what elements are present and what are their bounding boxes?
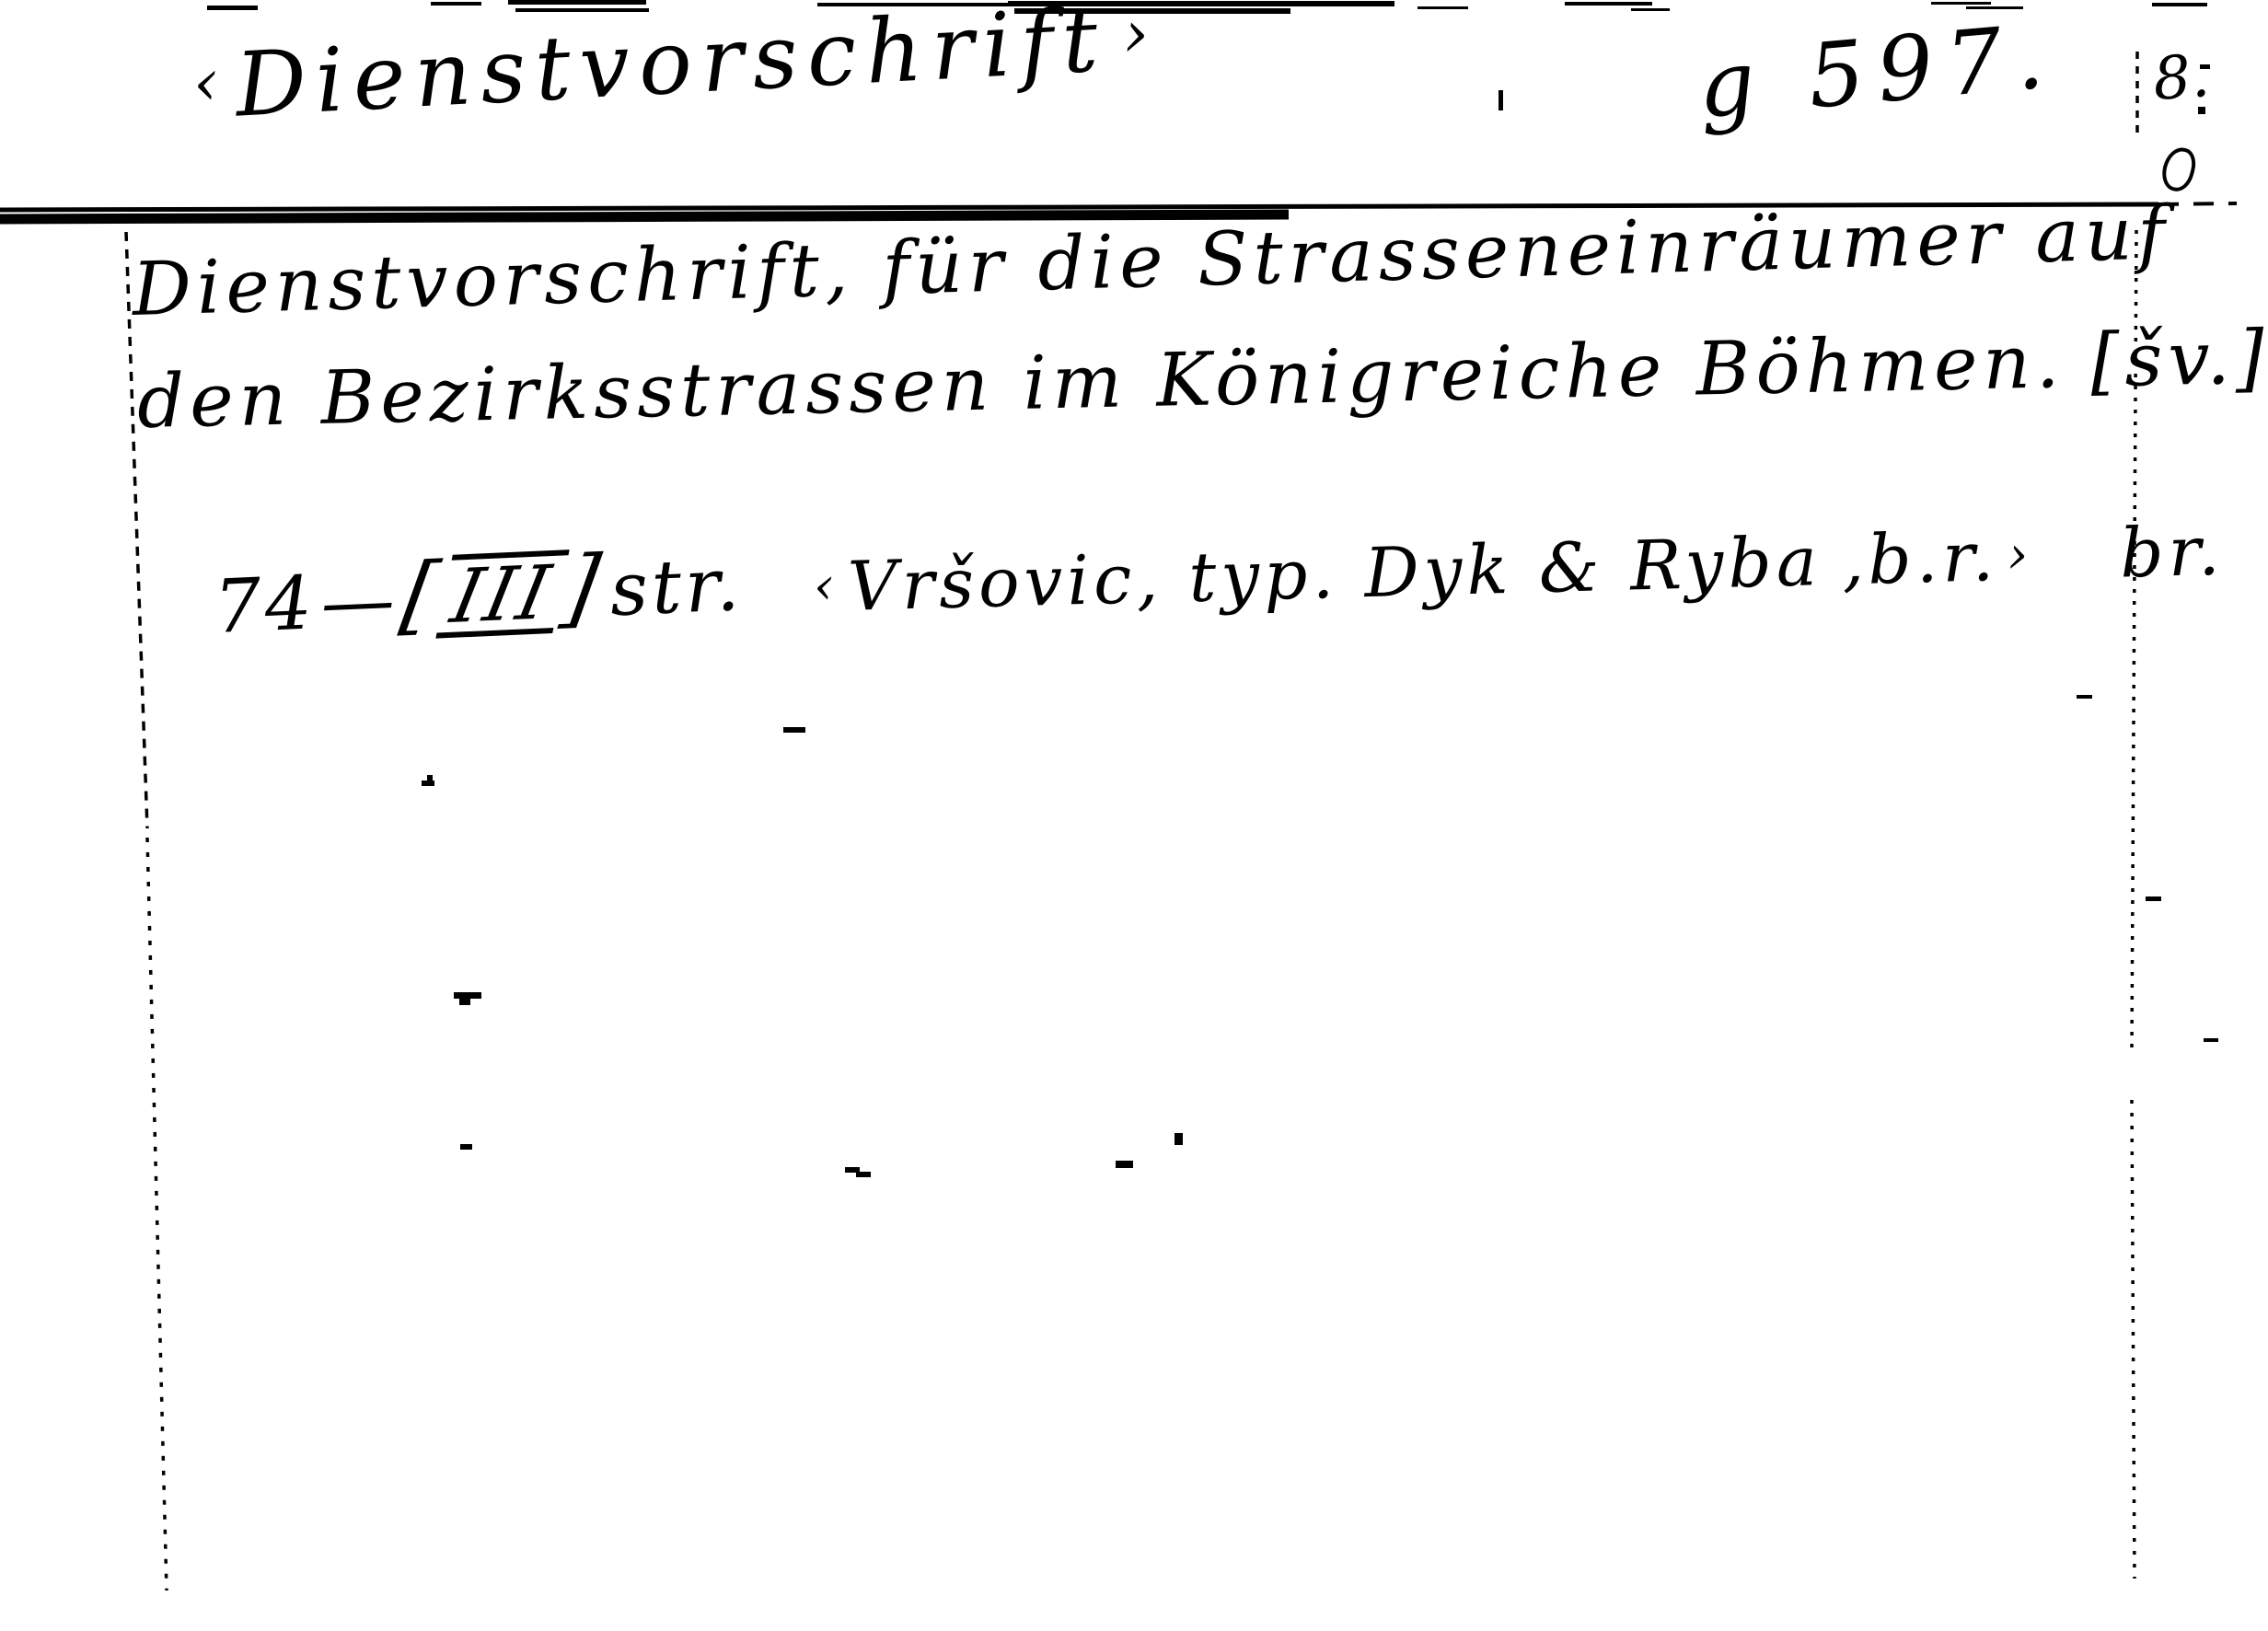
collation-dash: — (314, 556, 406, 645)
angle-close-mark: › (1105, 0, 1167, 73)
angle-open-mark: ‹ (804, 556, 849, 617)
catalog-card-scan: ‹Dienstvorschrift› g 597. 8. Dienstvorsc… (0, 0, 2268, 1631)
format-mark: 8. (2151, 42, 2212, 114)
collation-pages: 74 (213, 560, 318, 650)
right-edge-dotted-line (2132, 52, 2137, 1579)
imprint-date: ‚b.r. (1841, 517, 1999, 600)
language-note: [šv.] (2089, 314, 2268, 403)
volume-roman-numeral: III (435, 549, 569, 638)
collation-suffix: str. (608, 541, 745, 632)
angle-open-mark: ‹ (175, 43, 237, 121)
angle-close-mark: › (1997, 525, 2042, 585)
binding-note: br. (2119, 512, 2225, 594)
top-edge-marks (207, 0, 2207, 14)
